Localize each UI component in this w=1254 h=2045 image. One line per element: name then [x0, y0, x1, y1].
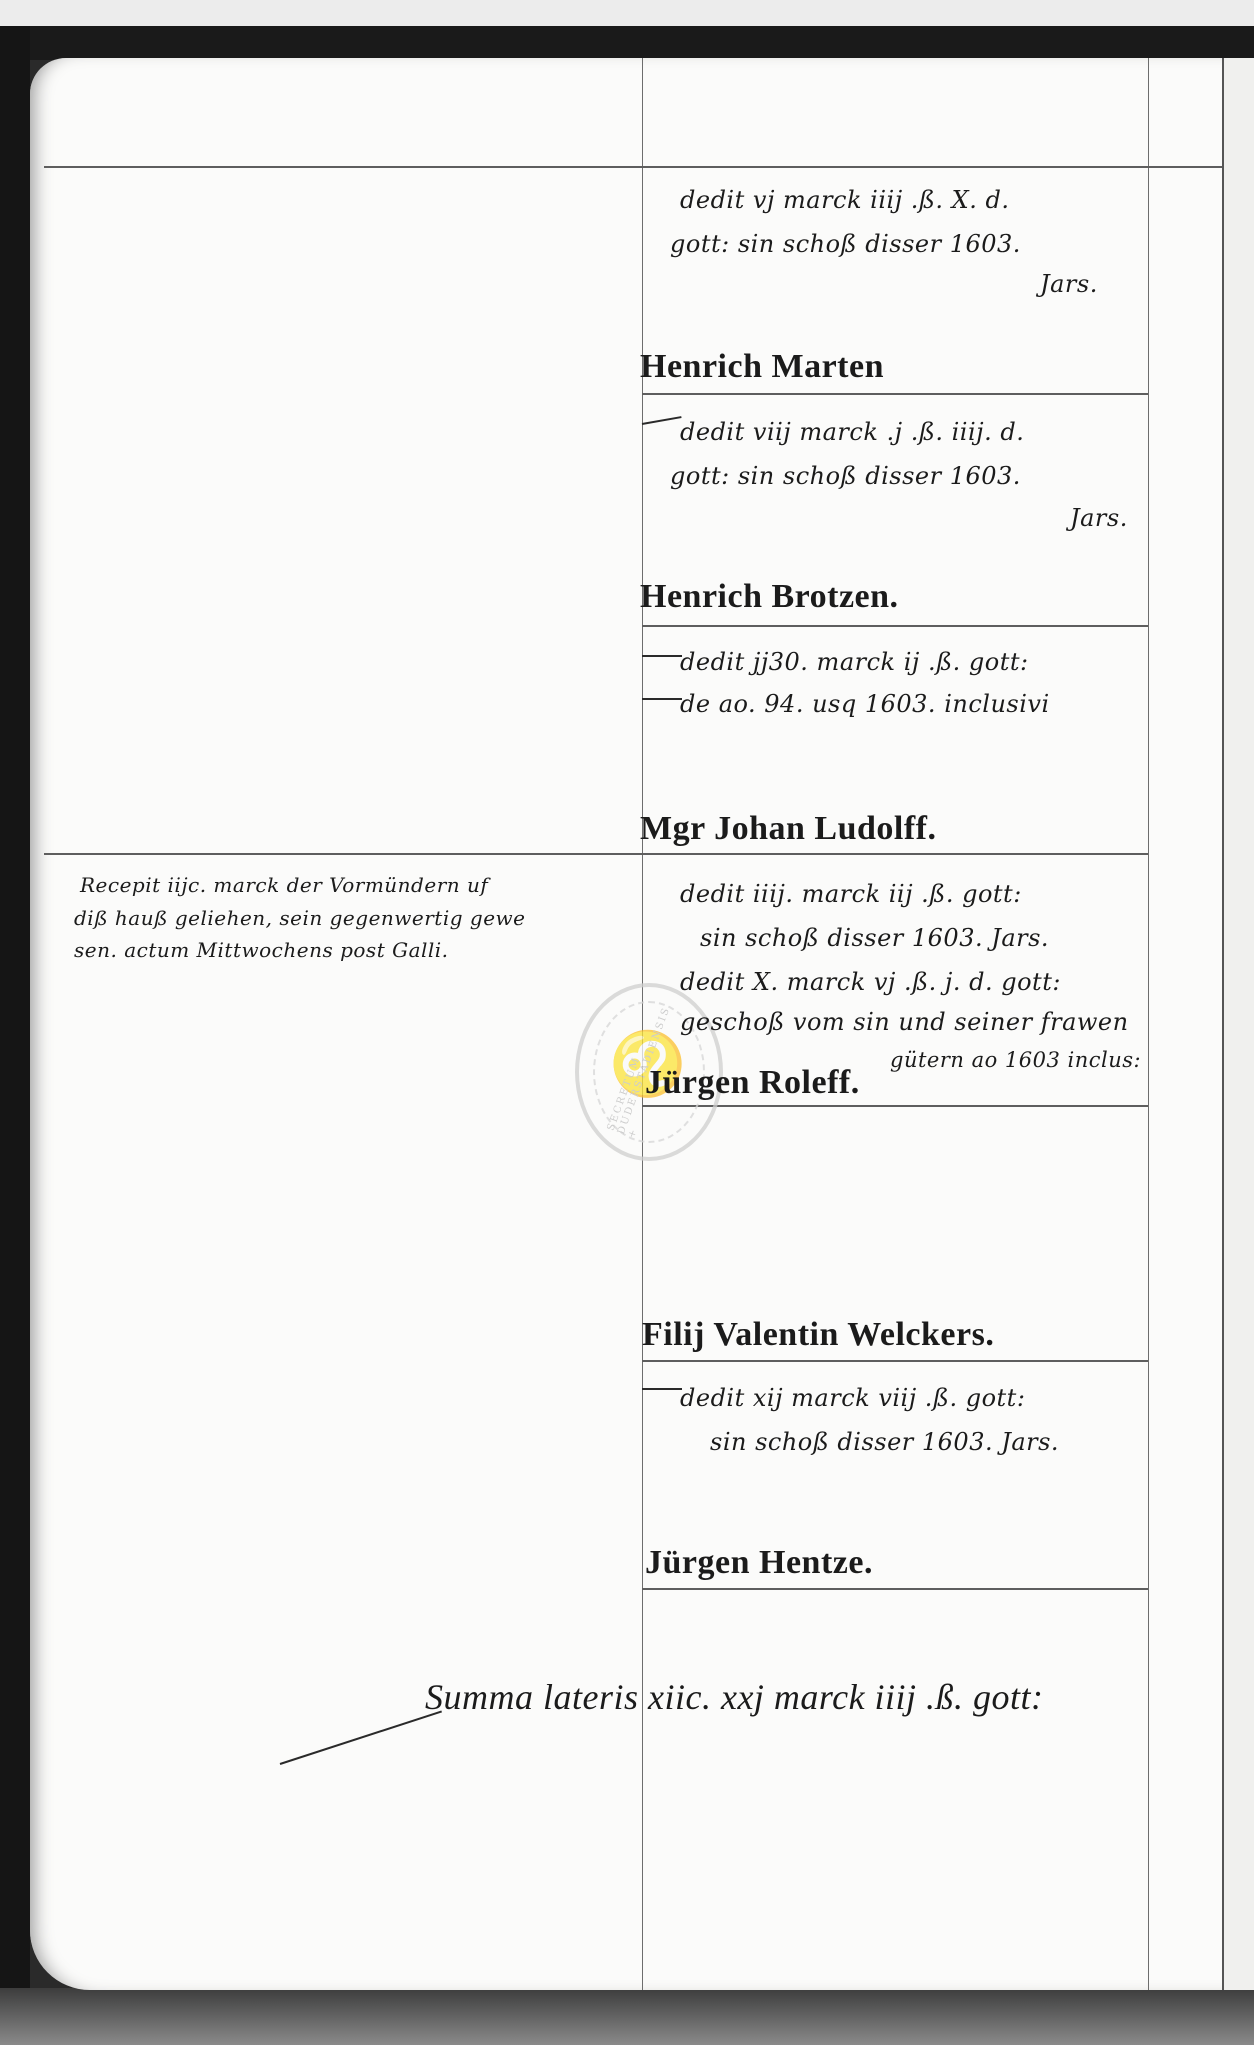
entry-name: Henrich Brotzen.	[640, 578, 899, 616]
pen-flourish	[642, 416, 682, 425]
entry-name: Mgr Johan Ludolff.	[640, 810, 936, 848]
entry-line: dedit X. marck vj .ß. j. d. gott:	[680, 968, 1061, 996]
entry-line: dedit xij marck viij .ß. gott:	[680, 1384, 1025, 1412]
pen-flourish	[642, 698, 682, 700]
margin-note-line: sen. actum Mittwochens post Galli.	[74, 938, 449, 962]
entry-line: Jars.	[1070, 504, 1128, 532]
entry-name: Henrich Marten	[640, 348, 884, 386]
rule-valentin-welckers	[642, 1360, 1148, 1362]
scanner-top-margin	[0, 0, 1254, 28]
entry-name: Jürgen Roleff.	[645, 1064, 860, 1102]
entry-line: gott: sin schoß disser 1603.	[670, 230, 1021, 258]
entry-line: dedit vj marck iiij .ß. X. d.	[680, 186, 1010, 214]
entry-line: dedit viij marck .j .ß. iiij. d.	[680, 418, 1024, 446]
margin-note-line: diß hauß geliehen, sein gegenwertig gewe	[74, 906, 526, 930]
entry-name: Filij Valentin Welckers.	[642, 1316, 994, 1354]
column-rule-right	[1148, 58, 1149, 1990]
book-bottom-edge	[0, 1988, 1254, 2045]
rule-henrich-marten	[642, 393, 1148, 395]
entry-line: sin schoß disser 1603. Jars.	[710, 1428, 1059, 1456]
pen-flourish	[642, 1388, 682, 1390]
rule-johan-ludolff	[44, 853, 1148, 855]
pen-flourish	[280, 1711, 442, 1765]
entry-line: de ao. 94. usq 1603. inclusivi	[680, 690, 1050, 718]
book-binding-edge	[0, 26, 30, 2016]
entry-line: gott: sin schoß disser 1603.	[670, 462, 1021, 490]
header-rule	[44, 166, 1222, 168]
rule-juergen-hentze	[642, 1588, 1148, 1590]
entry-line: dedit jj30. marck ij .ß. gott:	[680, 648, 1029, 676]
entry-line: gütern ao 1603 inclus:	[890, 1048, 1141, 1072]
summa-lateris: Summa lateris xiic. xxj marck iiij .ß. g…	[425, 1676, 1044, 1718]
entry-line: sin schoß disser 1603. Jars.	[700, 924, 1049, 952]
entry-name: Jürgen Hentze.	[645, 1544, 873, 1582]
rule-henrich-brotzen	[642, 625, 1148, 627]
entry-line: Jars.	[1040, 270, 1098, 298]
margin-note-line: Recepit iijc. marck der Vormündern uf	[80, 873, 488, 897]
entry-line: dedit iiij. marck iij .ß. gott:	[680, 880, 1022, 908]
adjacent-page-edge	[1222, 58, 1254, 1990]
entry-line: geschoß vom sin und seiner frawen	[680, 1008, 1129, 1036]
pen-flourish	[642, 655, 682, 657]
book-top-edge	[0, 26, 1254, 60]
rule-juergen-roleff	[642, 1105, 1148, 1107]
manuscript-page: ♌ SECRETUM DUDERSTADIENSIS + dedit vj ma…	[30, 58, 1222, 1990]
